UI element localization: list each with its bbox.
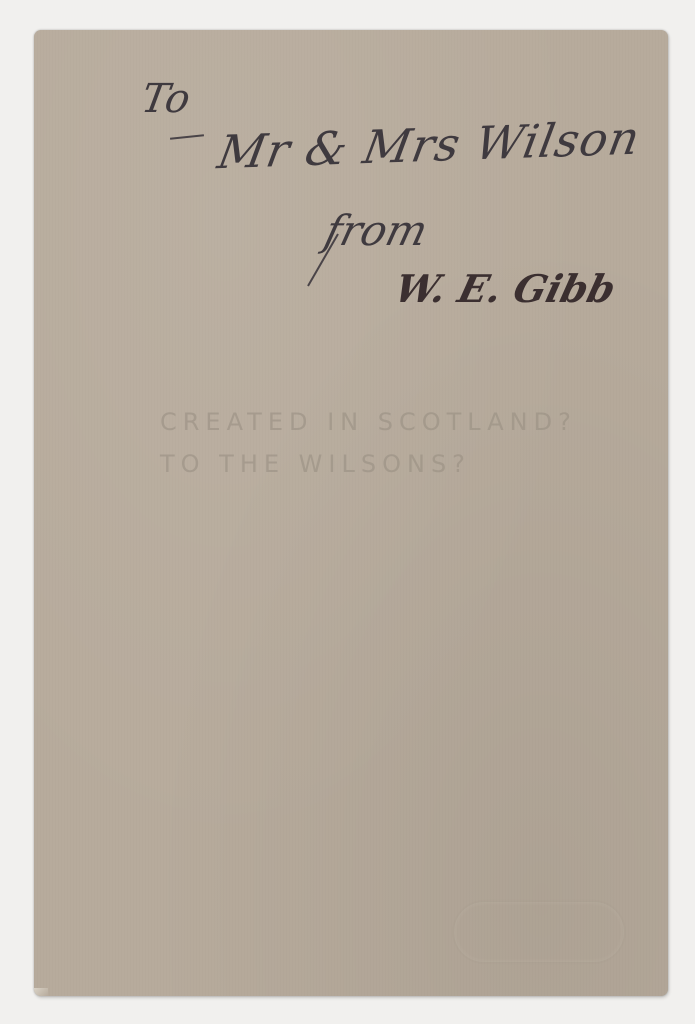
pencil-note-line-1: CREATED IN SCOTLAND? (160, 408, 577, 436)
corner-wear (34, 988, 48, 996)
recipients-text: Mr & Mrs Wilson (214, 111, 645, 180)
signature-text: W. E. Gibb (390, 266, 620, 311)
from-text: from (320, 206, 433, 255)
salutation-underline (170, 134, 204, 140)
salutation-text: To (138, 76, 194, 122)
pencil-note-line-2: TO THE WILSONS? (160, 450, 471, 478)
embossed-studio-mark (454, 902, 624, 962)
card-back: To Mr & Mrs Wilson from W. E. Gibb CREAT… (34, 30, 668, 996)
